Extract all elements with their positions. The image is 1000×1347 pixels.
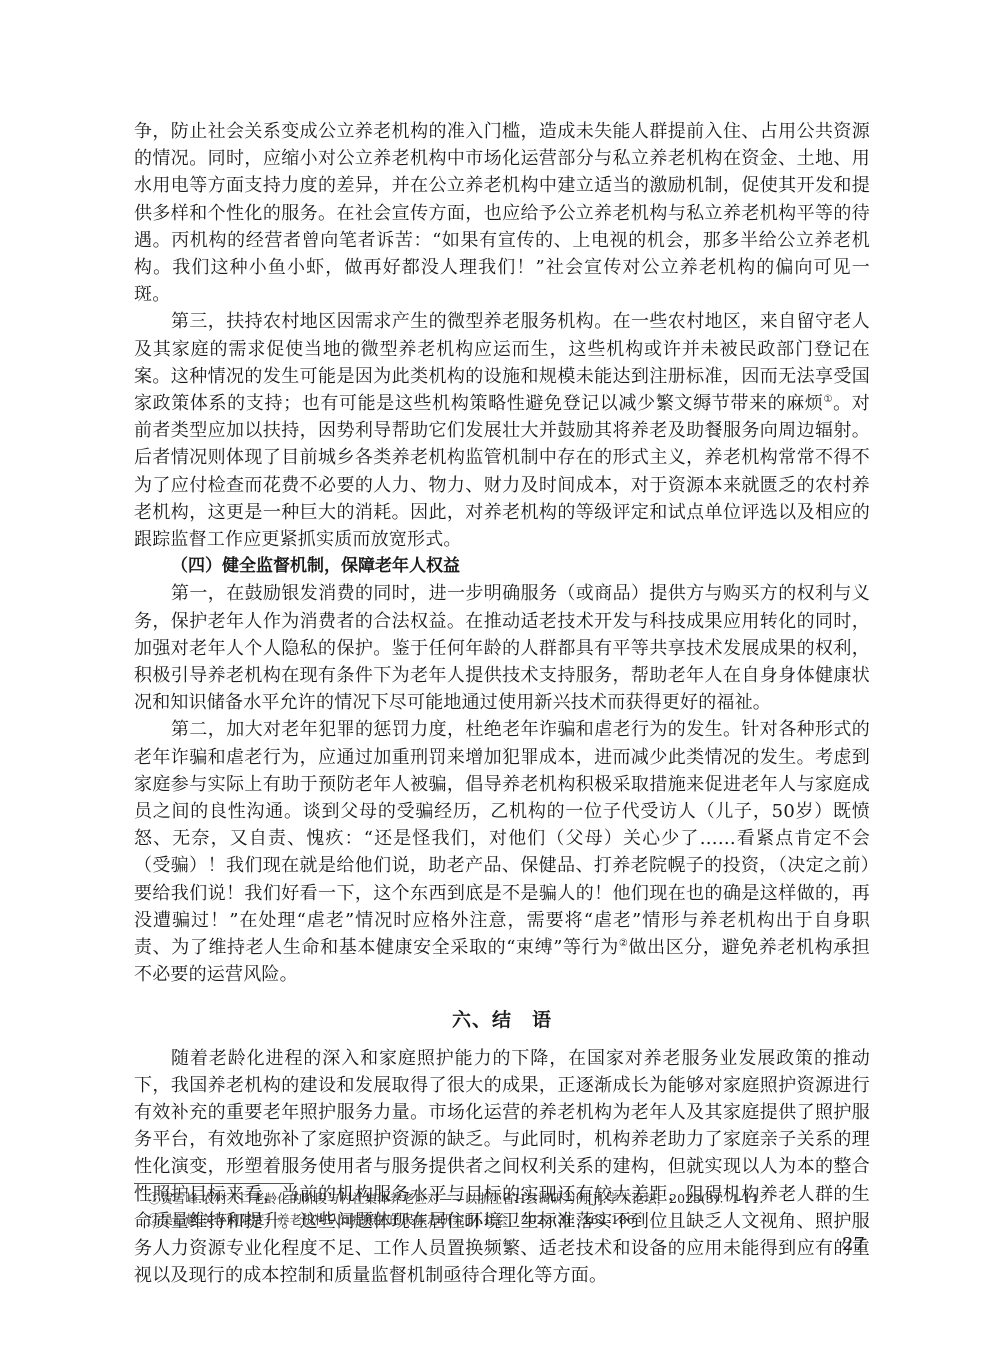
paragraph-text: 。对前者类型应加以扶持，因势利导帮助它们发展壮大并鼓励其将养老及助餐服务向周边辐… bbox=[134, 393, 870, 550]
paragraph-rural-micro-institutions: 第三，扶持农村地区因需求产生的微型养老服务机构。在一些农村地区，来自留守老人及其… bbox=[134, 308, 870, 553]
paragraph-consumer-rights: 第一，在鼓励银发消费的同时，进一步明确服务（或商品）提供方与购买方的权利与义务，… bbox=[134, 580, 870, 716]
footnotes: ①贺雪峰.农村人口老龄化的阶段与村社集体养老应对——以浙江省H县调研为例[J].… bbox=[148, 1188, 868, 1230]
footnote-ref-1[interactable]: ① bbox=[824, 394, 834, 405]
article-body: 争，防止社会关系变成公立养老机构的准入门槛，造成未失能人群提前入住、占用公共资源… bbox=[134, 118, 870, 1289]
footnote-1: ①贺雪峰.农村人口老龄化的阶段与村社集体养老应对——以浙江省H县调研为例[J].… bbox=[148, 1188, 868, 1209]
footnote-divider bbox=[134, 1183, 294, 1184]
subsection-heading: （四）健全监督机制，保障老年人权益 bbox=[134, 553, 870, 580]
paragraph-text: 第三，扶持农村地区因需求产生的微型养老服务机构。在一些农村地区，来自留守老人及其… bbox=[134, 311, 870, 414]
footnote-2: ②吴心越.关怀的限度：养老机构认知症照护的民族志研究[J].社会，2023(3)… bbox=[148, 1209, 868, 1230]
page-number: 27 bbox=[842, 1234, 865, 1255]
section-heading-conclusion: 六、结 语 bbox=[134, 1005, 870, 1035]
paragraph-public-institutions: 争，防止社会关系变成公立养老机构的准入门槛，造成未失能人群提前入住、占用公共资源… bbox=[134, 118, 870, 308]
paragraph-conclusion: 随着老龄化进程的深入和家庭照护能力的下降，在国家对养老服务业发展政策的推动下，我… bbox=[134, 1045, 870, 1290]
paragraph-text: 第二，加大对老年犯罪的惩罚力度，杜绝老年诈骗和虐老行为的发生。针对各种形式的老年… bbox=[134, 719, 870, 958]
paragraph-elder-fraud: 第二，加大对老年犯罪的惩罚力度，杜绝老年诈骗和虐老行为的发生。针对各种形式的老年… bbox=[134, 716, 870, 988]
